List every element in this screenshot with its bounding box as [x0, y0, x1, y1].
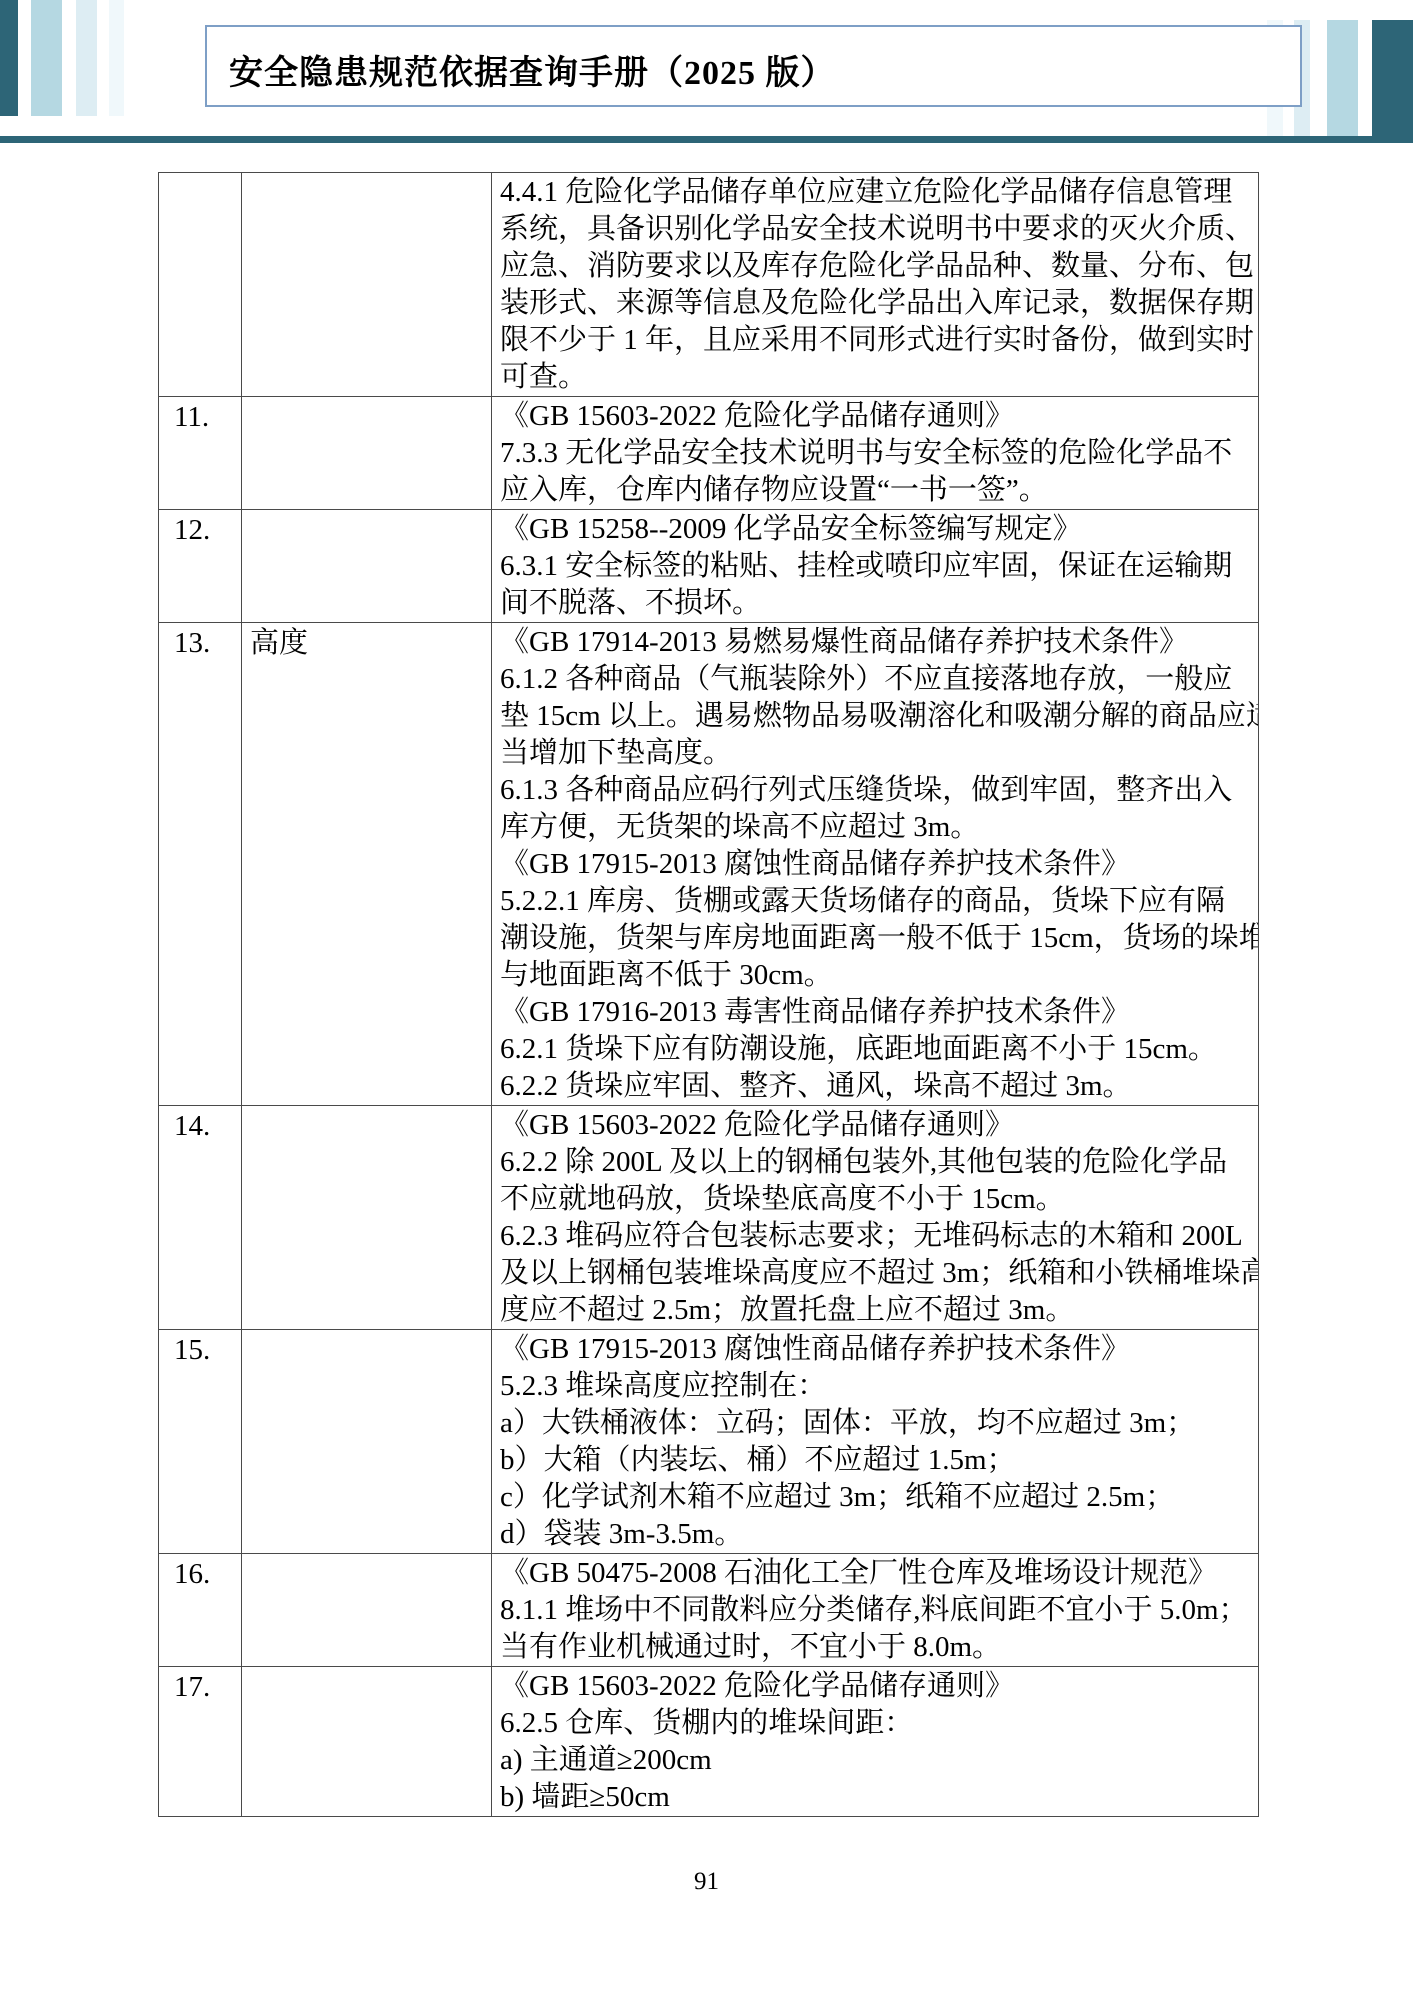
content-line: 6.2.2 除 200L 及以上的钢桶包装外,其他包装的危险化学品 [500, 1144, 1254, 1181]
content-line: 4.4.1 危险化学品储存单位应建立危险化学品储存信息管理 [500, 174, 1254, 211]
content-line: 垫 15cm 以上。遇易燃物品易吸潮溶化和吸潮分解的商品应适 [500, 698, 1254, 735]
content-line: 系统，具备识别化学品安全技术说明书中要求的灭火介质、 [500, 211, 1254, 248]
row-number-cell: 16. [159, 1554, 242, 1666]
content-line: 当增加下垫高度。 [500, 735, 1254, 772]
deco-bar-left-lightest [109, 0, 124, 116]
content-line: 《GB 17916-2013 毒害性商品储存养护技术条件》 [500, 994, 1254, 1031]
table-row: 14. 《GB 15603-2022 危险化学品储存通则》 6.2.2 除 20… [159, 1106, 1258, 1330]
deco-bar-left-dark [0, 0, 18, 116]
row-number-cell: 12. [159, 510, 242, 622]
row-number-cell: 13. [159, 623, 242, 1105]
page-number: 91 [0, 1868, 1413, 1896]
content-line: 应急、消防要求以及库存危险化学品品种、数量、分布、包 [500, 248, 1254, 285]
content-line: 与地面距离不低于 30cm。 [500, 957, 1254, 994]
category-cell [242, 1106, 492, 1329]
content-cell: 《GB 15258--2009 化学品安全标签编写规定》 6.3.1 安全标签的… [492, 510, 1258, 622]
content-line: 6.1.2 各种商品（气瓶装除外）不应直接落地存放，一般应 [500, 661, 1254, 698]
content-line: 5.2.3 堆垛高度应控制在： [500, 1368, 1254, 1405]
content-line: 6.2.2 货垛应牢固、整齐、通风，垛高不超过 3m。 [500, 1068, 1254, 1105]
content-line: 《GB 15258--2009 化学品安全标签编写规定》 [500, 511, 1254, 548]
category-cell: 高度 [242, 623, 492, 1105]
content-line: 库方便，无货架的垛高不应超过 3m。 [500, 809, 1254, 846]
category-cell [242, 1554, 492, 1666]
table-row: 11. 《GB 15603-2022 危险化学品储存通则》 7.3.3 无化学品… [159, 397, 1258, 510]
content-line: 应入库，仓库内储存物应设置“一书一签”。 [500, 472, 1254, 509]
deco-bar-left-light [31, 0, 62, 116]
content-line: b）大箱（内装坛、桶）不应超过 1.5m； [500, 1442, 1254, 1479]
content-line: 《GB 15603-2022 危险化学品储存通则》 [500, 398, 1254, 435]
content-cell: 4.4.1 危险化学品储存单位应建立危险化学品储存信息管理 系统，具备识别化学品… [492, 173, 1258, 396]
category-cell [242, 1330, 492, 1553]
content-line: 间不脱落、不损坏。 [500, 585, 1254, 622]
row-number-cell: 11. [159, 397, 242, 509]
content-cell: 《GB 50475-2008 石油化工全厂性仓库及堆场设计规范》 8.1.1 堆… [492, 1554, 1258, 1666]
content-line: 《GB 50475-2008 石油化工全厂性仓库及堆场设计规范》 [500, 1555, 1254, 1592]
content-line: 《GB 17915-2013 腐蚀性商品储存养护技术条件》 [500, 1331, 1254, 1368]
row-number-cell: 14. [159, 1106, 242, 1329]
table-row: 15. 《GB 17915-2013 腐蚀性商品储存养护技术条件》 5.2.3 … [159, 1330, 1258, 1554]
content-line: 6.2.3 堆码应符合包装标志要求；无堆码标志的木箱和 200L [500, 1218, 1254, 1255]
content-line: b) 墙距≥50cm [500, 1779, 1254, 1816]
category-cell [242, 173, 492, 396]
content-line: 《GB 15603-2022 危险化学品储存通则》 [500, 1668, 1254, 1705]
table-row: 16. 《GB 50475-2008 石油化工全厂性仓库及堆场设计规范》 8.1… [159, 1554, 1258, 1667]
content-line: c）化学试剂木箱不应超过 3m；纸箱不应超过 2.5m； [500, 1479, 1254, 1516]
content-line: 及以上钢桶包装堆垛高度应不超过 3m；纸箱和小铁桶堆垛高 [500, 1255, 1254, 1292]
row-number-cell: 17. [159, 1667, 242, 1816]
content-line: 7.3.3 无化学品安全技术说明书与安全标签的危险化学品不 [500, 435, 1254, 472]
regulation-table: 4.4.1 危险化学品储存单位应建立危险化学品储存信息管理 系统，具备识别化学品… [158, 172, 1259, 1817]
content-line: 5.2.2.1 库房、货棚或露天货场储存的商品，货垛下应有隔 [500, 883, 1254, 920]
content-cell: 《GB 17915-2013 腐蚀性商品储存养护技术条件》 5.2.3 堆垛高度… [492, 1330, 1258, 1553]
content-line: 当有作业机械通过时，不宜小于 8.0m。 [500, 1629, 1254, 1666]
category-cell [242, 510, 492, 622]
deco-bar-right-dark [1372, 20, 1413, 140]
content-line: 6.1.3 各种商品应码行列式压缝货垛，做到牢固，整齐出入 [500, 772, 1254, 809]
content-line: d）袋装 3m-3.5m。 [500, 1516, 1254, 1553]
deco-bar-right-light [1327, 20, 1358, 140]
header-divider-rule [0, 136, 1413, 143]
title-box: 安全隐患规范依据查询手册（2025 版） [205, 25, 1302, 107]
deco-bar-left-lighter [76, 0, 97, 116]
category-cell [242, 397, 492, 509]
row-number-cell [159, 173, 242, 396]
content-line: 度应不超过 2.5m；放置托盘上应不超过 3m。 [500, 1292, 1254, 1329]
content-cell: 《GB 15603-2022 危险化学品储存通则》 6.2.5 仓库、货棚内的堆… [492, 1667, 1258, 1816]
content-line: 《GB 17914-2013 易燃易爆性商品储存养护技术条件》 [500, 624, 1254, 661]
content-line: 限不少于 1 年，且应采用不同形式进行实时备份，做到实时 [500, 322, 1254, 359]
category-cell [242, 1667, 492, 1816]
content-line: 不应就地码放，货垛垫底高度不小于 15cm。 [500, 1181, 1254, 1218]
content-cell: 《GB 15603-2022 危险化学品储存通则》 6.2.2 除 200L 及… [492, 1106, 1258, 1329]
page-title: 安全隐患规范依据查询手册（2025 版） [229, 45, 836, 94]
content-line: 潮设施，货架与库房地面距离一般不低于 15cm，货场的垛堆 [500, 920, 1254, 957]
table-row: 13. 高度 《GB 17914-2013 易燃易爆性商品储存养护技术条件》 6… [159, 623, 1258, 1106]
table-row: 12. 《GB 15258--2009 化学品安全标签编写规定》 6.3.1 安… [159, 510, 1258, 623]
content-line: 可查。 [500, 359, 1254, 396]
content-line: a) 主通道≥200cm [500, 1742, 1254, 1779]
table-row: 4.4.1 危险化学品储存单位应建立危险化学品储存信息管理 系统，具备识别化学品… [159, 173, 1258, 397]
table-row: 17. 《GB 15603-2022 危险化学品储存通则》 6.2.5 仓库、货… [159, 1667, 1258, 1816]
content-line: 6.2.5 仓库、货棚内的堆垛间距： [500, 1705, 1254, 1742]
content-line: 6.2.1 货垛下应有防潮设施，底距地面距离不小于 15cm。 [500, 1031, 1254, 1068]
document-page: 安全隐患规范依据查询手册（2025 版） 4.4.1 危险化学品储存单位应建立危… [0, 0, 1413, 2000]
content-line: 6.3.1 安全标签的粘贴、挂栓或喷印应牢固，保证在运输期 [500, 548, 1254, 585]
content-line: 装形式、来源等信息及危险化学品出入库记录，数据保存期 [500, 285, 1254, 322]
content-cell: 《GB 17914-2013 易燃易爆性商品储存养护技术条件》 6.1.2 各种… [492, 623, 1258, 1105]
content-cell: 《GB 15603-2022 危险化学品储存通则》 7.3.3 无化学品安全技术… [492, 397, 1258, 509]
content-line: 《GB 17915-2013 腐蚀性商品储存养护技术条件》 [500, 846, 1254, 883]
row-number-cell: 15. [159, 1330, 242, 1553]
content-line: 《GB 15603-2022 危险化学品储存通则》 [500, 1107, 1254, 1144]
content-line: 8.1.1 堆场中不同散料应分类储存,料底间距不宜小于 5.0m； [500, 1592, 1254, 1629]
content-line: a）大铁桶液体：立码；固体：平放，均不应超过 3m； [500, 1405, 1254, 1442]
